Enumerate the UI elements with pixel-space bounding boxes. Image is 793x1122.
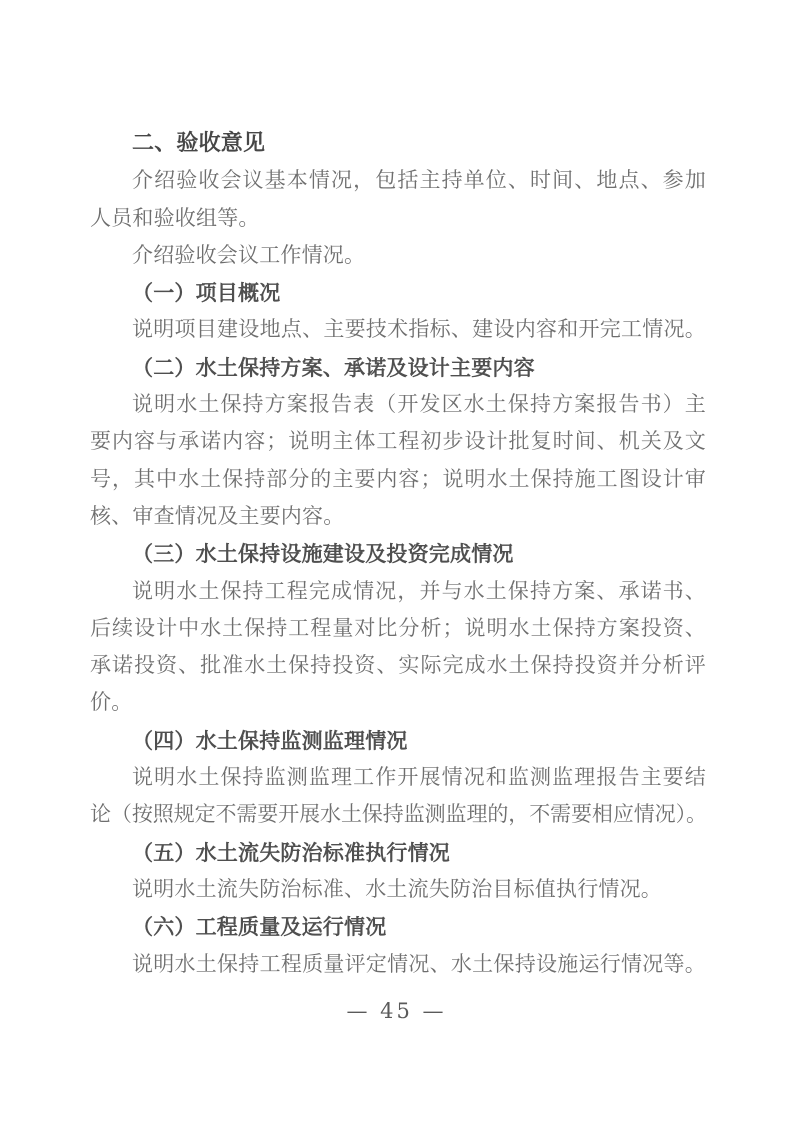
text-line: 说明水土保持监测监理工作开展情况和监测监理报告主要结 xyxy=(90,759,706,796)
text-line: 介绍验收会议基本情况，包括主持单位、时间、地点、参加 xyxy=(90,162,706,199)
text-line: （五）水土流失防治标准执行情况 xyxy=(90,834,706,871)
text-line: （二）水土保持方案、承诺及设计主要内容 xyxy=(90,349,706,386)
text-line: 要内容与承诺内容；说明主体工程初步设计批复时间、机关及文 xyxy=(90,423,706,460)
text-line: 说明水土保持工程质量评定情况、水土保持设施运行情况等。 xyxy=(90,946,706,983)
text-line: 说明水土保持方案报告表（开发区水土保持方案报告书）主 xyxy=(90,386,706,423)
paragraph: 说明水土保持工程质量评定情况、水土保持设施运行情况等。 xyxy=(90,946,706,983)
text-line: 核、审查情况及主要内容。 xyxy=(90,498,706,535)
section-heading: （四）水土保持监测监理情况 xyxy=(90,722,706,759)
text-line: （一）项目概况 xyxy=(90,274,706,311)
page-footer: — 45 — xyxy=(0,999,793,1023)
paragraph: 说明项目建设地点、主要技术指标、建设内容和开完工情况。 xyxy=(90,311,706,348)
text-line: 号，其中水土保持部分的主要内容；说明水土保持施工图设计审 xyxy=(90,461,706,498)
document-body: 二、验收意见介绍验收会议基本情况，包括主持单位、时间、地点、参加人员和验收组等。… xyxy=(90,125,706,983)
text-line: 承诺投资、批准水土保持投资、实际完成水土保持投资并分析评 xyxy=(90,647,706,684)
text-line: 说明水土流失防治标准、水土流失防治目标值执行情况。 xyxy=(90,871,706,908)
paragraph: 介绍验收会议基本情况，包括主持单位、时间、地点、参加人员和验收组等。 xyxy=(90,162,706,237)
document-page: 二、验收意见介绍验收会议基本情况，包括主持单位、时间、地点、参加人员和验收组等。… xyxy=(0,0,793,1122)
paragraph: 说明水土保持监测监理工作开展情况和监测监理报告主要结论（按照规定不需要开展水土保… xyxy=(90,759,706,834)
paragraph: 说明水土保持工程完成情况，并与水土保持方案、承诺书、后续设计中水土保持工程量对比… xyxy=(90,573,706,722)
text-line: 后续设计中水土保持工程量对比分析；说明水土保持方案投资、 xyxy=(90,610,706,647)
text-line: （六）工程质量及运行情况 xyxy=(90,908,706,945)
paragraph: 介绍验收会议工作情况。 xyxy=(90,237,706,274)
section-heading: （五）水土流失防治标准执行情况 xyxy=(90,834,706,871)
text-line: 价。 xyxy=(90,684,706,721)
text-line: 人员和验收组等。 xyxy=(90,200,706,237)
text-line: 介绍验收会议工作情况。 xyxy=(90,237,706,274)
text-line: （四）水土保持监测监理情况 xyxy=(90,722,706,759)
section-heading: （二）水土保持方案、承诺及设计主要内容 xyxy=(90,349,706,386)
text-line: 说明水土保持工程完成情况，并与水土保持方案、承诺书、 xyxy=(90,573,706,610)
text-line: 论（按照规定不需要开展水土保持监测监理的，不需要相应情况）。 xyxy=(90,796,706,833)
section-heading: （六）工程质量及运行情况 xyxy=(90,908,706,945)
text-line: （三）水土保持设施建设及投资完成情况 xyxy=(90,535,706,572)
paragraph: 说明水土流失防治标准、水土流失防治目标值执行情况。 xyxy=(90,871,706,908)
chapter-heading: 二、验收意见 xyxy=(90,125,706,162)
text-line: 说明项目建设地点、主要技术指标、建设内容和开完工情况。 xyxy=(90,311,706,348)
paragraph: 说明水土保持方案报告表（开发区水土保持方案报告书）主要内容与承诺内容；说明主体工… xyxy=(90,386,706,535)
section-heading: （一）项目概况 xyxy=(90,274,706,311)
section-heading: （三）水土保持设施建设及投资完成情况 xyxy=(90,535,706,572)
text-line: 二、验收意见 xyxy=(90,125,706,162)
page-number: — 45 — xyxy=(346,999,446,1023)
